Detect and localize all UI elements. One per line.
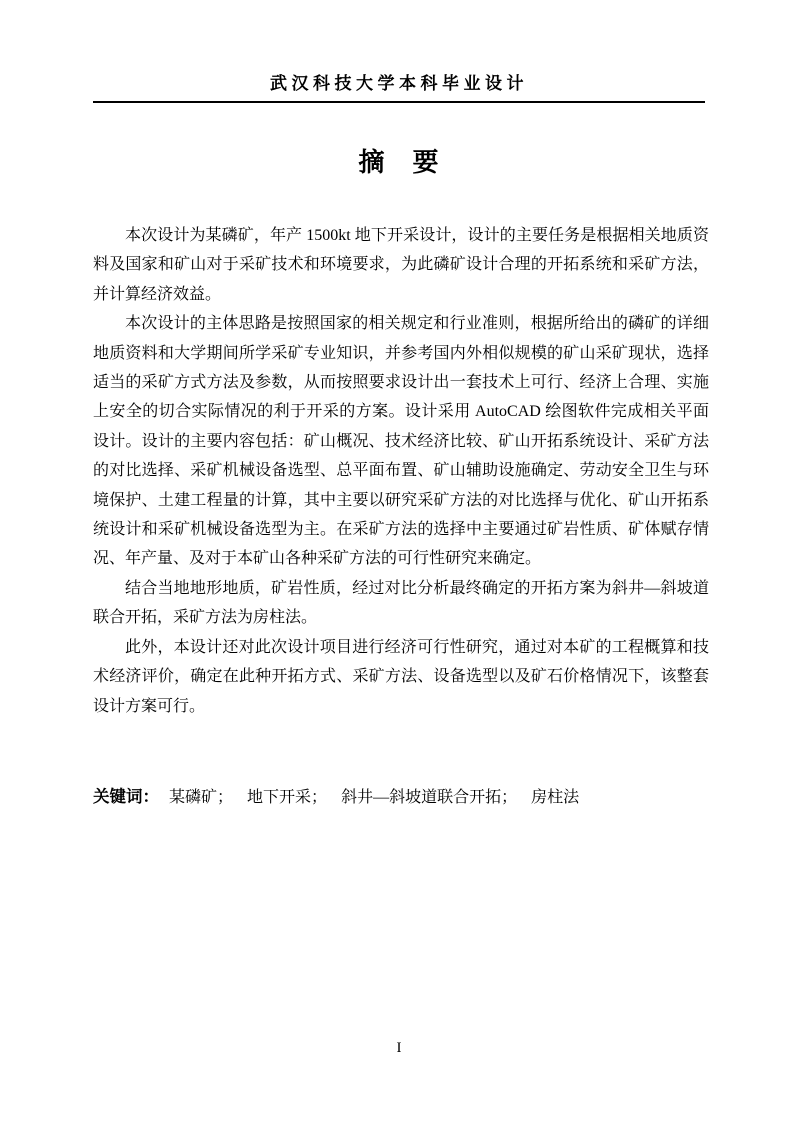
document-page: 武汉科技大学本科毕业设计 摘 要 本次设计为某磷矿，年产 1500kt 地下开采… xyxy=(0,0,793,1122)
header-title: 武汉科技大学本科毕业设计 xyxy=(93,72,705,96)
keywords-line: 关键词：某磷矿；地下开采；斜井—斜坡道联合开拓；房柱法 xyxy=(93,783,733,812)
keyword-separator: ； xyxy=(501,789,517,806)
keyword-item: 斜井—斜坡道联合开拓 xyxy=(341,789,501,806)
page-header: 武汉科技大学本科毕业设计 xyxy=(93,72,705,103)
abstract-body: 本次设计为某磷矿，年产 1500kt 地下开采设计，设计的主要任务是根据相关地质… xyxy=(93,221,709,721)
keyword-item: 地下开采 xyxy=(247,789,311,806)
header-rule xyxy=(93,101,705,103)
paragraph-4: 此外，本设计还对此次设计项目进行经济可行性研究，通过对本矿的工程概算和技术经济评… xyxy=(93,633,709,721)
keyword-item: 某磷矿 xyxy=(169,789,217,806)
keyword-separator: ； xyxy=(311,789,327,806)
keyword-item: 房柱法 xyxy=(531,789,579,806)
keywords-label: 关键词： xyxy=(93,788,159,806)
abstract-title: 摘 要 xyxy=(93,144,705,182)
paragraph-2: 本次设计的主体思路是按照国家的相关规定和行业准则，根据所给出的磷矿的详细地质资料… xyxy=(93,309,709,574)
keyword-separator: ； xyxy=(217,789,233,806)
page-number: I xyxy=(93,1039,705,1057)
paragraph-1: 本次设计为某磷矿，年产 1500kt 地下开采设计，设计的主要任务是根据相关地质… xyxy=(93,221,709,309)
paragraph-3: 结合当地地形地质，矿岩性质，经过对比分析最终确定的开拓方案为斜井—斜坡道联合开拓… xyxy=(93,574,709,633)
